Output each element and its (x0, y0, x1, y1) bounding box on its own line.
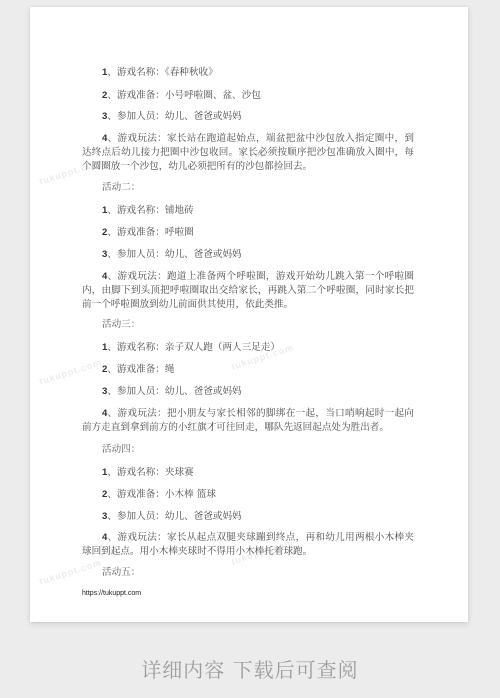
watermark: tukuppt.com (38, 357, 103, 387)
game-prep-line: 2、游戏准备：绳 (102, 364, 175, 376)
activity-heading: 活动四： (102, 444, 140, 456)
activity-heading: 活动五： (102, 567, 140, 579)
participants-line: 3、参加人员：幼儿、爸爸或妈妈 (102, 511, 242, 523)
participants-line: 3、参加人员：幼儿、爸爸或妈妈 (102, 111, 242, 123)
game-rules-paragraph: 4、游戏玩法：家长站在跑道起始点，端盆把盆中沙包放入指定圈中，到达终点后幼儿接力… (82, 132, 414, 174)
activity-heading: 活动二： (102, 182, 140, 194)
game-name-line: 1、游戏名称：亲子双人跑（两人三足走） (102, 342, 280, 354)
document-page: tukuppt.com tukuppt.com tukuppt.com tuku… (30, 7, 468, 622)
participants-line: 3、参加人员：幼儿、爸爸或妈妈 (102, 386, 242, 398)
game-prep-line: 2、游戏准备：小号呼啦圈、盆、沙包 (102, 90, 261, 102)
game-prep-line: 2、游戏准备：呼啦圈 (102, 227, 194, 239)
participants-line: 3、参加人员：幼儿、爸爸或妈妈 (102, 249, 242, 261)
footer-url-link[interactable]: https://tukuppt.com (82, 590, 141, 597)
game-name-line: 1、游戏名称：铺地砖 (102, 205, 194, 217)
game-name-line: 1、游戏名称：《春种秋收》 (102, 67, 218, 79)
game-rules-paragraph: 4、游戏玩法：家长从起点双腿夹球蹦到终点，再和幼儿用两根小木棒夹球回到起点。用小… (82, 531, 414, 559)
activity-heading: 活动三： (102, 319, 140, 331)
download-banner-text: 详细内容 下载后可查阅 (0, 654, 500, 683)
game-rules-paragraph: 4、游戏玩法：跑道上准备两个呼啦圈，游戏开始幼儿跳入第一个呼啦圈内，由脚下到头顶… (82, 270, 414, 312)
watermark: tukuppt.com (38, 557, 103, 587)
game-prep-line: 2、游戏准备：小木棒 篮球 (102, 489, 216, 501)
game-rules-paragraph: 4、游戏玩法：把小朋友与家长相邻的脚绑在一起，当口哨响起时一起向前方走直到拿到前… (82, 407, 414, 435)
game-name-line: 1、游戏名称：夹球赛 (102, 467, 194, 479)
